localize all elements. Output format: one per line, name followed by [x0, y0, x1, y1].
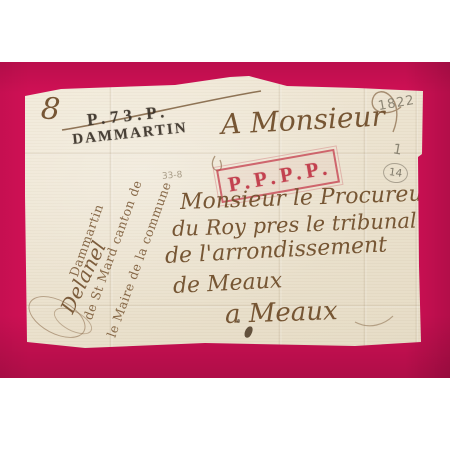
address-line-a-monsieur: A Monsieur: [220, 99, 386, 141]
address-line-de-meaux: de Meaux: [172, 268, 283, 299]
pencil-stroke: 1: [392, 141, 404, 158]
postmark-dammartin: P.73.P. DAMMARTIN: [53, 98, 204, 150]
photo-background: 8 P.73.P. DAMMARTIN 1822 A Monsieur 1 14…: [0, 62, 450, 378]
address-line-a-meaux: a Meaux: [224, 296, 338, 330]
ink-speck: [237, 319, 240, 323]
philatelic-cover-photo: 8 P.73.P. DAMMARTIN 1822 A Monsieur 1 14…: [0, 0, 450, 450]
letter-paper: 8 P.73.P. DAMMARTIN 1822 A Monsieur 1 14…: [25, 76, 423, 348]
fold-crease-horizontal: [25, 152, 423, 156]
pencil-circled-number-value: 14: [388, 166, 403, 180]
